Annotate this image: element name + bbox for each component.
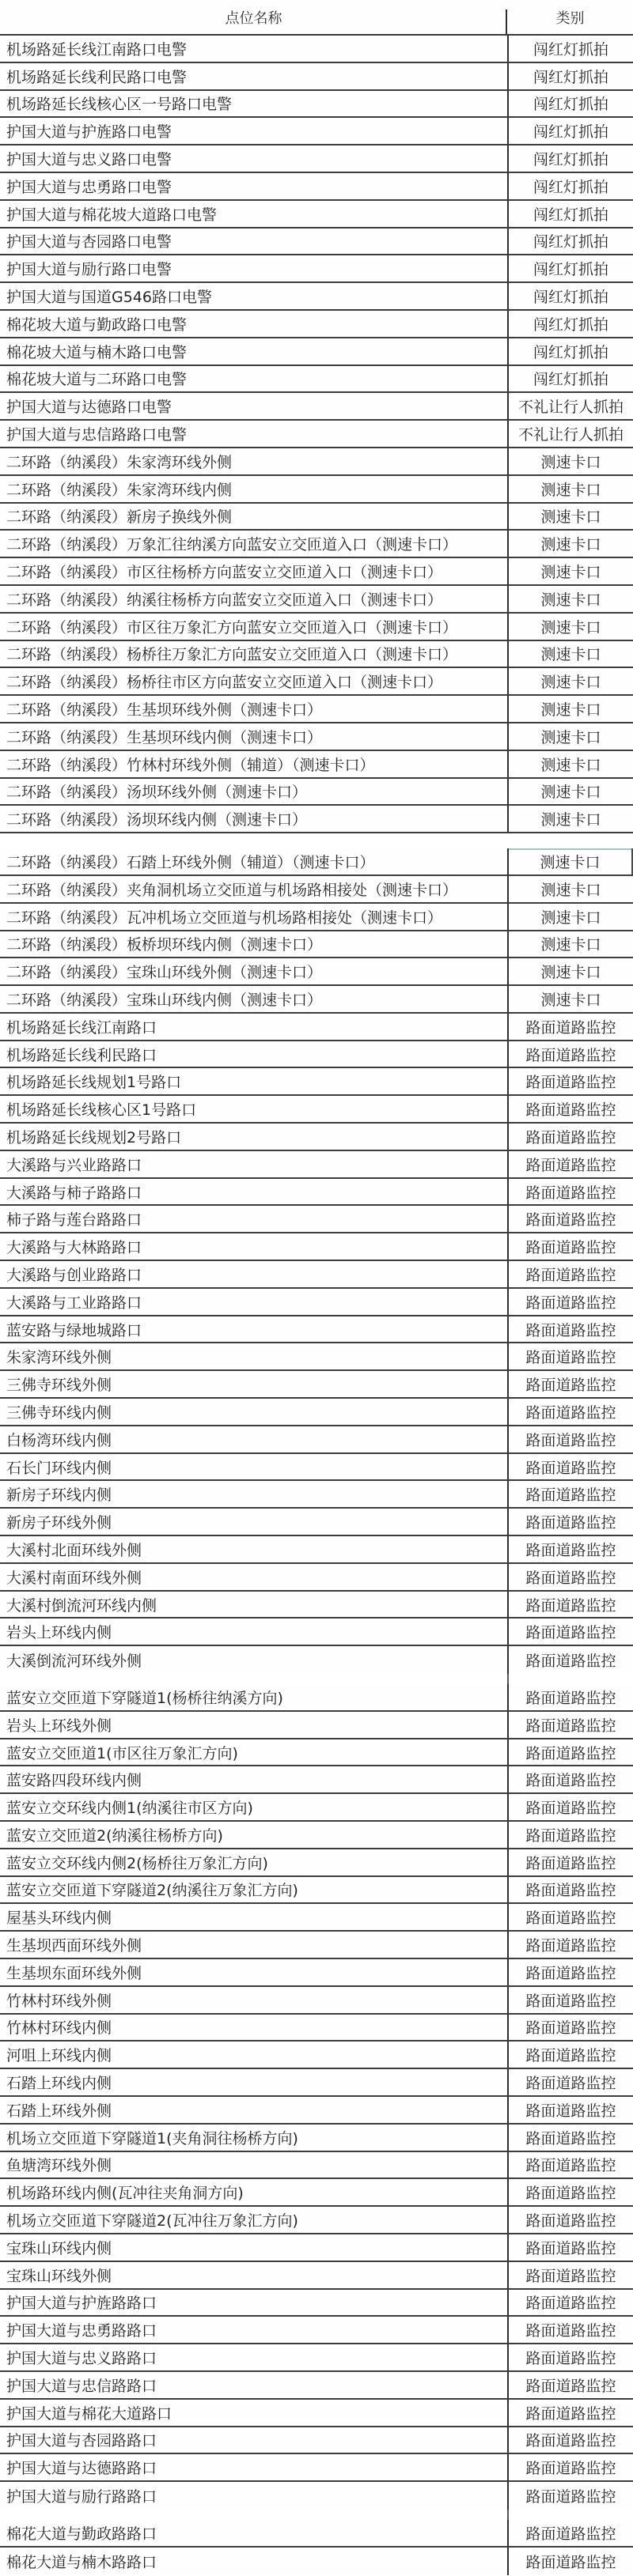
table-row: 护国大道与忠义路口电警 闯红灯抓拍 bbox=[0, 145, 633, 173]
table-row: 三佛寺环线外侧 路面道路监控 bbox=[0, 1371, 633, 1399]
category-cell: 路面道路监控 bbox=[507, 2290, 633, 2316]
table-row: 二环路（纳溪段）板桥坝环线内侧（测速卡口） 测速卡口 bbox=[0, 931, 633, 959]
page-break-gap bbox=[0, 1674, 633, 1684]
table-row: 机场路延长线江南路口 路面道路监控 bbox=[0, 1014, 633, 1041]
point-name-cell: 二环路（纳溪段）朱家湾环线外侧 bbox=[0, 448, 507, 474]
point-name-cell: 二环路（纳溪段）石踏上环线外侧（辅道）（测速卡口） bbox=[0, 848, 507, 874]
point-name-cell: 护国大道与忠信路路口 bbox=[0, 2372, 507, 2398]
point-name-cell: 石踏上环线外侧 bbox=[0, 2097, 507, 2123]
point-name-cell: 二环路（纳溪段）杨桥往市区方向蓝安立交匝道入口（测速卡口） bbox=[0, 668, 507, 694]
table-row: 大溪路与柿子路路口 路面道路监控 bbox=[0, 1179, 633, 1207]
category-cell: 路面道路监控 bbox=[507, 1343, 633, 1369]
table-row: 二环路（纳溪段）生基坝环线外侧（测速卡口） 测速卡口 bbox=[0, 696, 633, 723]
table-row: 宝珠山环线内侧 路面道路监控 bbox=[0, 2234, 633, 2262]
point-name-cell: 机场路延长线江南路口电警 bbox=[0, 36, 507, 62]
table-row: 护国大道与忠信路路口 路面道路监控 bbox=[0, 2372, 633, 2400]
table-row: 三佛寺环线内侧 路面道路监控 bbox=[0, 1399, 633, 1426]
category-cell: 路面道路监控 bbox=[507, 1739, 633, 1766]
category-cell: 路面道路监控 bbox=[507, 1481, 633, 1507]
table-row: 护国大道与达德路口电警 不礼让行人抓拍 bbox=[0, 393, 633, 421]
table-row: 护国大道与护旌路口电警 闯红灯抓拍 bbox=[0, 118, 633, 145]
table-row: 护国大道与杏园路路口 路面道路监控 bbox=[0, 2427, 633, 2455]
point-name-cell: 宝珠山环线内侧 bbox=[0, 2234, 507, 2261]
point-name-cell: 棉花大道与勤政路路口 bbox=[0, 2520, 507, 2546]
point-name-cell: 竹林村环线内侧 bbox=[0, 2015, 507, 2041]
table-row: 新房子环线外侧 路面道路监控 bbox=[0, 1509, 633, 1536]
category-cell: 不礼让行人抓拍 bbox=[507, 393, 633, 419]
category-cell: 测速卡口 bbox=[507, 448, 633, 474]
table-row: 二环路（纳溪段）市区往万象汇方向蓝安立交匝道入口（测速卡口） 测速卡口 bbox=[0, 614, 633, 641]
point-name-cell: 机场路延长线规划2号路口 bbox=[0, 1124, 507, 1150]
category-cell: 测速卡口 bbox=[507, 751, 633, 777]
table-row: 二环路（纳溪段）生基坝环线内侧（测速卡口） 测速卡口 bbox=[0, 723, 633, 751]
category-cell: 测速卡口 bbox=[507, 931, 633, 958]
table-row: 大溪倒流河环线外侧 路面道路监控 bbox=[0, 1646, 633, 1674]
category-cell: 路面道路监控 bbox=[507, 2125, 633, 2151]
category-cell: 测速卡口 bbox=[507, 558, 633, 584]
point-name-cell: 机场立交匝道下穿隧道1(夹角洞往杨桥方向) bbox=[0, 2125, 507, 2151]
table-row: 石踏上环线内侧 路面道路监控 bbox=[0, 2069, 633, 2097]
table-row: 宝珠山环线外侧 路面道路监控 bbox=[0, 2262, 633, 2290]
category-cell: 测速卡口 bbox=[507, 586, 633, 612]
table-row: 二环路（纳溪段）杨桥往市区方向蓝安立交匝道入口（测速卡口） 测速卡口 bbox=[0, 668, 633, 696]
point-name-cell: 二环路（纳溪段）生基坝环线内侧（测速卡口） bbox=[0, 723, 507, 750]
table-row: 二环路（纳溪段）杨桥往万象汇方向蓝安立交匝道入口（测速卡口） 测速卡口 bbox=[0, 641, 633, 669]
category-cell: 路面道路监控 bbox=[507, 2262, 633, 2288]
table-row: 护国大道与励行路路口 路面道路监控 bbox=[0, 2482, 633, 2510]
point-name-cell: 大溪路与兴业路路口 bbox=[0, 1151, 507, 1177]
category-cell: 路面道路监控 bbox=[507, 1399, 633, 1425]
category-cell: 测速卡口 bbox=[507, 723, 633, 750]
point-name-cell: 护国大道与忠信路路口电警 bbox=[0, 421, 507, 447]
point-name-cell: 护国大道与达德路路口 bbox=[0, 2454, 507, 2480]
point-name-cell: 大溪路与创业路路口 bbox=[0, 1261, 507, 1287]
point-name-cell: 机场路延长线核心区一号路口电警 bbox=[0, 91, 507, 117]
category-cell: 路面道路监控 bbox=[507, 1261, 633, 1287]
point-name-cell: 鱼塘湾环线外侧 bbox=[0, 2152, 507, 2178]
table-row: 棉花坡大道与二环路口电警 闯红灯抓拍 bbox=[0, 366, 633, 394]
table-row: 护国大道与忠勇路路口 路面道路监控 bbox=[0, 2317, 633, 2344]
point-name-cell: 二环路（纳溪段）瓦冲机场立交匝道与机场路相接处（测速卡口） bbox=[0, 904, 507, 930]
table-row: 二环路（纳溪段）瓦冲机场立交匝道与机场路相接处（测速卡口） 测速卡口 bbox=[0, 904, 633, 931]
point-name-cell: 二环路（纳溪段）市区往万象汇方向蓝安立交匝道入口（测速卡口） bbox=[0, 614, 507, 640]
table-row: 机场路延长线规划1号路口 路面道路监控 bbox=[0, 1068, 633, 1096]
point-name-cell: 蓝安立交匝道下穿隧道2(纳溪往万象汇方向) bbox=[0, 1877, 507, 1903]
table-row: 岩头上环线内侧 路面道路监控 bbox=[0, 1618, 633, 1646]
table-row: 二环路（纳溪段）宝珠山环线外侧（测速卡口） 测速卡口 bbox=[0, 958, 633, 986]
category-cell: 路面道路监控 bbox=[507, 1618, 633, 1645]
point-name-cell: 宝珠山环线外侧 bbox=[0, 2262, 507, 2288]
table-row: 生基坝西面环线外侧 路面道路监控 bbox=[0, 1932, 633, 1959]
table-row: 二环路（纳溪段）朱家湾环线内侧 测速卡口 bbox=[0, 476, 633, 504]
table-body: 机场路延长线江南路口电警 闯红灯抓拍 机场路延长线利民路口电警 闯红灯抓拍 机场… bbox=[0, 36, 633, 2575]
category-cell: 路面道路监控 bbox=[507, 1316, 633, 1343]
point-name-cell: 二环路（纳溪段）生基坝环线外侧（测速卡口） bbox=[0, 696, 507, 722]
category-cell: 路面道路监控 bbox=[507, 1794, 633, 1820]
table-row: 鱼塘湾环线外侧 路面道路监控 bbox=[0, 2152, 633, 2180]
point-name-cell: 二环路（纳溪段）汤坝环线内侧（测速卡口） bbox=[0, 806, 507, 832]
table-row: 护国大道与棉花坡大道路口电警 闯红灯抓拍 bbox=[0, 201, 633, 229]
category-cell: 测速卡口 bbox=[507, 806, 633, 832]
category-cell: 路面道路监控 bbox=[507, 2400, 633, 2426]
table-row: 二环路（纳溪段）万象汇往纳溪方向蓝安立交匝道入口（测速卡口） 测速卡口 bbox=[0, 531, 633, 558]
point-name-cell: 护国大道与杏园路路口 bbox=[0, 2427, 507, 2453]
point-name-cell: 大溪路与柿子路路口 bbox=[0, 1179, 507, 1205]
category-cell: 测速卡口 bbox=[507, 531, 633, 557]
point-name-cell: 竹林村环线外侧 bbox=[0, 1987, 507, 2013]
table-row: 护国大道与达德路路口 路面道路监控 bbox=[0, 2454, 633, 2482]
category-cell: 路面道路监控 bbox=[507, 2548, 633, 2575]
table-row: 二环路（纳溪段）市区往杨桥方向蓝安立交匝道入口（测速卡口） 测速卡口 bbox=[0, 558, 633, 586]
category-cell: 路面道路监控 bbox=[507, 2069, 633, 2095]
category-cell: 闯红灯抓拍 bbox=[507, 173, 633, 199]
category-cell: 路面道路监控 bbox=[507, 1124, 633, 1150]
table-row: 新房子环线内侧 路面道路监控 bbox=[0, 1481, 633, 1509]
category-cell: 路面道路监控 bbox=[507, 2042, 633, 2068]
category-cell: 测速卡口 bbox=[507, 504, 633, 530]
category-cell: 路面道路监控 bbox=[507, 2152, 633, 2178]
point-name-cell: 机场路延长线利民路口 bbox=[0, 1041, 507, 1067]
point-name-cell: 护国大道与国道G546路口电警 bbox=[0, 283, 507, 309]
table-row: 生基坝东面环线外侧 路面道路监控 bbox=[0, 1959, 633, 1987]
category-cell: 路面道路监控 bbox=[507, 1822, 633, 1848]
point-name-cell: 蓝安立交环线内侧2(杨桥往万象汇方向) bbox=[0, 1849, 507, 1875]
category-cell: 测速卡口 bbox=[507, 614, 633, 640]
table-row: 蓝安立交环线内侧2(杨桥往万象汇方向) 路面道路监控 bbox=[0, 1849, 633, 1877]
point-name-cell: 岩头上环线外侧 bbox=[0, 1712, 507, 1738]
point-name-cell: 机场路延长线利民路口电警 bbox=[0, 63, 507, 89]
point-name-cell: 棉花坡大道与二环路口电警 bbox=[0, 366, 507, 392]
point-name-cell: 生基坝东面环线外侧 bbox=[0, 1959, 507, 1985]
table-row: 石长门环线内侧 路面道路监控 bbox=[0, 1454, 633, 1482]
point-name-cell: 护国大道与励行路口电警 bbox=[0, 255, 507, 281]
table-row: 二环路（纳溪段）夹角洞机场立交匝道与机场路相接处（测速卡口） 测速卡口 bbox=[0, 876, 633, 904]
table-row: 朱家湾环线外侧 路面道路监控 bbox=[0, 1343, 633, 1371]
point-name-cell: 岩头上环线内侧 bbox=[0, 1618, 507, 1645]
point-name-cell: 大溪村倒流河环线内侧 bbox=[0, 1592, 507, 1618]
table-row: 蓝安路与绿地城路口 路面道路监控 bbox=[0, 1316, 633, 1344]
table-row: 蓝安立交匝道2(纳溪往杨桥方向) 路面道路监控 bbox=[0, 1822, 633, 1849]
point-name-cell: 护国大道与励行路路口 bbox=[0, 2482, 507, 2510]
table-row: 机场立交匝道下穿隧道2(瓦冲往万象汇方向) 路面道路监控 bbox=[0, 2207, 633, 2234]
category-cell: 闯红灯抓拍 bbox=[507, 255, 633, 281]
point-name-cell: 大溪路与大林路路口 bbox=[0, 1233, 507, 1260]
category-cell: 路面道路监控 bbox=[507, 1684, 633, 1710]
category-cell: 路面道路监控 bbox=[507, 1877, 633, 1903]
point-name-cell: 蓝安路与绿地城路口 bbox=[0, 1316, 507, 1343]
point-name-cell: 护国大道与棉花坡大道路口电警 bbox=[0, 201, 507, 227]
table-row: 二环路（纳溪段）石踏上环线外侧（辅道）（测速卡口） 测速卡口 bbox=[0, 848, 633, 876]
category-cell: 路面道路监控 bbox=[507, 2482, 633, 2510]
table-row: 竹林村环线外侧 路面道路监控 bbox=[0, 1987, 633, 2015]
table-row: 石踏上环线外侧 路面道路监控 bbox=[0, 2097, 633, 2125]
point-name-cell: 蓝安立交环线内侧1(纳溪往市区方向) bbox=[0, 1794, 507, 1820]
category-cell: 路面道路监控 bbox=[507, 2344, 633, 2370]
point-name-cell: 二环路（纳溪段）汤坝环线外侧（测速卡口） bbox=[0, 779, 507, 805]
point-name-cell: 机场路延长线核心区1号路口 bbox=[0, 1096, 507, 1122]
category-cell: 测速卡口 bbox=[507, 696, 633, 722]
column-header-point-name: 点位名称 bbox=[0, 0, 507, 34]
category-cell: 测速卡口 bbox=[507, 986, 633, 1012]
table-row: 蓝安立交匝道1(市区往万象汇方向) 路面道路监控 bbox=[0, 1739, 633, 1767]
column-header-category: 类别 bbox=[507, 0, 633, 34]
point-name-cell: 护国大道与棉花大道路口 bbox=[0, 2400, 507, 2426]
category-cell: 路面道路监控 bbox=[507, 2454, 633, 2480]
camera-points-table: 点位名称 类别 机场路延长线江南路口电警 闯红灯抓拍 机场路延长线利民路口电警 … bbox=[0, 0, 633, 2575]
category-cell: 路面道路监控 bbox=[507, 2520, 633, 2546]
table-row: 大溪路与大林路路口 路面道路监控 bbox=[0, 1233, 633, 1261]
point-name-cell: 蓝安立交匝道下穿隧道1(杨桥往纳溪方向) bbox=[0, 1684, 507, 1710]
category-cell: 路面道路监控 bbox=[507, 2427, 633, 2453]
category-cell: 测速卡口 bbox=[507, 958, 633, 984]
table-row: 二环路（纳溪段）汤坝环线外侧（测速卡口） 测速卡口 bbox=[0, 779, 633, 806]
table-row: 蓝安立交环线内侧1(纳溪往市区方向) 路面道路监控 bbox=[0, 1794, 633, 1822]
table-row: 机场路环线内侧(瓦冲往夹角洞方向) 路面道路监控 bbox=[0, 2179, 633, 2207]
table-row: 机场路延长线江南路口电警 闯红灯抓拍 bbox=[0, 36, 633, 63]
table-row: 护国大道与忠勇路口电警 闯红灯抓拍 bbox=[0, 173, 633, 201]
point-name-cell: 大溪村北面环线外侧 bbox=[0, 1536, 507, 1562]
table-row: 机场立交匝道下穿隧道1(夹角洞往杨桥方向) 路面道路监控 bbox=[0, 2125, 633, 2152]
category-cell: 测速卡口 bbox=[507, 779, 633, 805]
point-name-cell: 护国大道与杏园路口电警 bbox=[0, 229, 507, 255]
category-cell: 路面道路监控 bbox=[507, 2015, 633, 2041]
category-cell: 路面道路监控 bbox=[507, 1041, 633, 1067]
category-cell: 路面道路监控 bbox=[507, 2317, 633, 2343]
point-name-cell: 大溪倒流河环线外侧 bbox=[0, 1646, 507, 1674]
table-row: 蓝安立交匝道下穿隧道1(杨桥往纳溪方向) 路面道路监控 bbox=[0, 1684, 633, 1712]
point-name-cell: 二环路（纳溪段）杨桥往万象汇方向蓝安立交匝道入口（测速卡口） bbox=[0, 641, 507, 667]
point-name-cell: 新房子环线外侧 bbox=[0, 1509, 507, 1535]
point-name-cell: 棉花坡大道与勤政路口电警 bbox=[0, 311, 507, 337]
table-row: 大溪路与兴业路路口 路面道路监控 bbox=[0, 1151, 633, 1179]
point-name-cell: 护国大道与护旌路口电警 bbox=[0, 118, 507, 144]
table-row: 机场路延长线利民路口电警 闯红灯抓拍 bbox=[0, 63, 633, 91]
table-row: 护国大道与护旌路路口 路面道路监控 bbox=[0, 2290, 633, 2317]
table-row: 蓝安路四段环线内侧 路面道路监控 bbox=[0, 1766, 633, 1794]
point-name-cell: 二环路（纳溪段）夹角洞机场立交匝道与机场路相接处（测速卡口） bbox=[0, 876, 507, 902]
category-cell: 路面道路监控 bbox=[507, 1932, 633, 1958]
table-row: 护国大道与忠义路路口 路面道路监控 bbox=[0, 2344, 633, 2372]
point-name-cell: 二环路（纳溪段）宝珠山环线外侧（测速卡口） bbox=[0, 958, 507, 984]
point-name-cell: 机场立交匝道下穿隧道2(瓦冲往万象汇方向) bbox=[0, 2207, 507, 2233]
point-name-cell: 三佛寺环线外侧 bbox=[0, 1371, 507, 1397]
point-name-cell: 白杨湾环线内侧 bbox=[0, 1426, 507, 1452]
table-row: 二环路（纳溪段）朱家湾环线外侧 测速卡口 bbox=[0, 448, 633, 476]
point-name-cell: 护国大道与护旌路路口 bbox=[0, 2290, 507, 2316]
point-name-cell: 护国大道与忠义路口电警 bbox=[0, 145, 507, 172]
point-name-cell: 柿子路与莲台路路口 bbox=[0, 1206, 507, 1232]
table-row: 机场路延长线规划2号路口 路面道路监控 bbox=[0, 1124, 633, 1151]
point-name-cell: 蓝安路四段环线内侧 bbox=[0, 1766, 507, 1792]
point-name-cell: 河咀上环线内侧 bbox=[0, 2042, 507, 2068]
table-row: 机场路延长线核心区1号路口 路面道路监控 bbox=[0, 1096, 633, 1124]
table-row: 护国大道与杏园路口电警 闯红灯抓拍 bbox=[0, 229, 633, 256]
category-cell: 路面道路监控 bbox=[507, 1454, 633, 1480]
category-cell: 路面道路监控 bbox=[507, 1233, 633, 1260]
point-name-cell: 二环路（纳溪段）万象汇往纳溪方向蓝安立交匝道入口（测速卡口） bbox=[0, 531, 507, 557]
category-cell: 路面道路监控 bbox=[507, 1068, 633, 1094]
category-cell: 闯红灯抓拍 bbox=[507, 229, 633, 255]
category-cell: 测速卡口 bbox=[507, 848, 633, 874]
point-name-cell: 二环路（纳溪段）市区往杨桥方向蓝安立交匝道入口（测速卡口） bbox=[0, 558, 507, 584]
category-cell: 路面道路监控 bbox=[507, 1014, 633, 1040]
point-name-cell: 大溪村南面环线外侧 bbox=[0, 1564, 507, 1590]
category-cell: 闯红灯抓拍 bbox=[507, 311, 633, 337]
table-row: 白杨湾环线内侧 路面道路监控 bbox=[0, 1426, 633, 1454]
table-row: 棉花大道与楠木路路口 路面道路监控 bbox=[0, 2548, 633, 2575]
category-cell: 路面道路监控 bbox=[507, 1536, 633, 1562]
category-cell: 测速卡口 bbox=[507, 476, 633, 502]
table-row: 棉花大道与勤政路路口 路面道路监控 bbox=[0, 2520, 633, 2548]
point-name-cell: 护国大道与达德路口电警 bbox=[0, 393, 507, 419]
point-name-cell: 朱家湾环线外侧 bbox=[0, 1343, 507, 1369]
point-name-cell: 二环路（纳溪段）竹林村环线外侧（辅道）（测速卡口） bbox=[0, 751, 507, 777]
table-row: 二环路（纳溪段）宝珠山环线内侧（测速卡口） 测速卡口 bbox=[0, 986, 633, 1014]
column-divider-line bbox=[507, 1674, 509, 1684]
table-row: 柿子路与莲台路路口 路面道路监控 bbox=[0, 1206, 633, 1233]
point-name-cell: 二环路（纳溪段）板桥坝环线内侧（测速卡口） bbox=[0, 931, 507, 958]
category-cell: 路面道路监控 bbox=[507, 1712, 633, 1738]
category-cell: 路面道路监控 bbox=[507, 1766, 633, 1792]
category-cell: 闯红灯抓拍 bbox=[507, 283, 633, 309]
point-name-cell: 二环路（纳溪段）纳溪往杨桥方向蓝安立交匝道入口（测速卡口） bbox=[0, 586, 507, 612]
point-name-cell: 机场路延长线江南路口 bbox=[0, 1014, 507, 1040]
category-cell: 路面道路监控 bbox=[507, 1849, 633, 1875]
point-name-cell: 大溪路与工业路路口 bbox=[0, 1289, 507, 1315]
table-row: 大溪村北面环线外侧 路面道路监控 bbox=[0, 1536, 633, 1564]
category-cell: 闯红灯抓拍 bbox=[507, 36, 633, 62]
table-row: 大溪路与工业路路口 路面道路监控 bbox=[0, 1289, 633, 1316]
category-cell: 不礼让行人抓拍 bbox=[507, 421, 633, 447]
point-name-cell: 二环路（纳溪段）朱家湾环线内侧 bbox=[0, 476, 507, 502]
point-name-cell: 三佛寺环线内侧 bbox=[0, 1399, 507, 1425]
point-name-cell: 机场路延长线规划1号路口 bbox=[0, 1068, 507, 1094]
category-cell: 路面道路监控 bbox=[507, 1509, 633, 1535]
table-row: 二环路（纳溪段）竹林村环线外侧（辅道）（测速卡口） 测速卡口 bbox=[0, 751, 633, 779]
category-cell: 路面道路监控 bbox=[507, 1564, 633, 1590]
point-name-cell: 护国大道与忠义路路口 bbox=[0, 2344, 507, 2370]
table-row: 大溪路与创业路路口 路面道路监控 bbox=[0, 1261, 633, 1289]
category-cell: 路面道路监控 bbox=[507, 1289, 633, 1315]
category-cell: 闯红灯抓拍 bbox=[507, 145, 633, 172]
table-row: 护国大道与棉花大道路口 路面道路监控 bbox=[0, 2400, 633, 2427]
category-cell: 路面道路监控 bbox=[507, 1206, 633, 1232]
category-cell: 闯红灯抓拍 bbox=[507, 118, 633, 144]
point-name-cell: 二环路（纳溪段）宝珠山环线内侧（测速卡口） bbox=[0, 986, 507, 1012]
point-name-cell: 护国大道与忠勇路口电警 bbox=[0, 173, 507, 199]
point-name-cell: 棉花坡大道与楠木路口电警 bbox=[0, 338, 507, 364]
table-row: 护国大道与励行路口电警 闯红灯抓拍 bbox=[0, 255, 633, 283]
category-cell: 闯红灯抓拍 bbox=[507, 91, 633, 117]
category-cell: 路面道路监控 bbox=[507, 2097, 633, 2123]
category-cell: 路面道路监控 bbox=[507, 1151, 633, 1177]
point-name-cell: 屋基头环线内侧 bbox=[0, 1904, 507, 1930]
table-row: 棉花坡大道与勤政路口电警 闯红灯抓拍 bbox=[0, 311, 633, 338]
page-break-gap bbox=[0, 833, 633, 848]
table-row: 大溪村倒流河环线内侧 路面道路监控 bbox=[0, 1592, 633, 1619]
category-cell: 路面道路监控 bbox=[507, 1592, 633, 1618]
category-cell: 路面道路监控 bbox=[507, 1987, 633, 2013]
table-row: 护国大道与忠信路路口电警 不礼让行人抓拍 bbox=[0, 421, 633, 448]
category-cell: 路面道路监控 bbox=[507, 1646, 633, 1674]
point-name-cell: 石长门环线内侧 bbox=[0, 1454, 507, 1480]
table-row: 蓝安立交匝道下穿隧道2(纳溪往万象汇方向) 路面道路监控 bbox=[0, 1877, 633, 1905]
table-row: 河咀上环线内侧 路面道路监控 bbox=[0, 2042, 633, 2069]
table-row: 岩头上环线外侧 路面道路监控 bbox=[0, 1712, 633, 1739]
table-row: 二环路（纳溪段）新房子换线外侧 测速卡口 bbox=[0, 504, 633, 531]
table-row: 机场路延长线核心区一号路口电警 闯红灯抓拍 bbox=[0, 91, 633, 119]
point-name-cell: 新房子环线内侧 bbox=[0, 1481, 507, 1507]
category-cell: 路面道路监控 bbox=[507, 1371, 633, 1397]
point-name-cell: 二环路（纳溪段）新房子换线外侧 bbox=[0, 504, 507, 530]
category-cell: 路面道路监控 bbox=[507, 1959, 633, 1985]
category-cell: 路面道路监控 bbox=[507, 1096, 633, 1122]
category-cell: 测速卡口 bbox=[507, 904, 633, 930]
category-cell: 路面道路监控 bbox=[507, 1904, 633, 1930]
category-cell: 路面道路监控 bbox=[507, 1179, 633, 1205]
point-name-cell: 机场路环线内侧(瓦冲往夹角洞方向) bbox=[0, 2179, 507, 2205]
point-name-cell: 护国大道与忠勇路路口 bbox=[0, 2317, 507, 2343]
category-cell: 测速卡口 bbox=[507, 668, 633, 694]
point-name-cell: 棉花大道与楠木路路口 bbox=[0, 2548, 507, 2575]
table-row: 屋基头环线内侧 路面道路监控 bbox=[0, 1904, 633, 1932]
category-cell: 闯红灯抓拍 bbox=[507, 63, 633, 89]
category-cell: 闯红灯抓拍 bbox=[507, 201, 633, 227]
column-divider-line bbox=[507, 2510, 509, 2520]
table-row: 机场路延长线利民路口 路面道路监控 bbox=[0, 1041, 633, 1069]
category-cell: 闯红灯抓拍 bbox=[507, 338, 633, 364]
point-name-cell: 蓝安立交匝道2(纳溪往杨桥方向) bbox=[0, 1822, 507, 1848]
point-name-cell: 蓝安立交匝道1(市区往万象汇方向) bbox=[0, 1739, 507, 1766]
table-row: 竹林村环线内侧 路面道路监控 bbox=[0, 2015, 633, 2042]
category-cell: 测速卡口 bbox=[507, 876, 633, 902]
category-cell: 路面道路监控 bbox=[507, 2372, 633, 2398]
table-row: 护国大道与国道G546路口电警 闯红灯抓拍 bbox=[0, 283, 633, 311]
table-row: 二环路（纳溪段）汤坝环线内侧（测速卡口） 测速卡口 bbox=[0, 806, 633, 833]
point-name-cell: 石踏上环线内侧 bbox=[0, 2069, 507, 2095]
category-cell: 路面道路监控 bbox=[507, 2207, 633, 2233]
table-row: 棉花坡大道与楠木路口电警 闯红灯抓拍 bbox=[0, 338, 633, 366]
category-cell: 路面道路监控 bbox=[507, 2234, 633, 2261]
category-cell: 路面道路监控 bbox=[507, 2179, 633, 2205]
category-cell: 测速卡口 bbox=[507, 641, 633, 667]
point-name-cell: 生基坝西面环线外侧 bbox=[0, 1932, 507, 1958]
table-row: 二环路（纳溪段）纳溪往杨桥方向蓝安立交匝道入口（测速卡口） 测速卡口 bbox=[0, 586, 633, 614]
table-row: 大溪村南面环线外侧 路面道路监控 bbox=[0, 1564, 633, 1592]
category-cell: 闯红灯抓拍 bbox=[507, 366, 633, 392]
table-header-row: 点位名称 类别 bbox=[0, 0, 633, 36]
page-break-gap bbox=[0, 2510, 633, 2520]
category-cell: 路面道路监控 bbox=[507, 1426, 633, 1452]
